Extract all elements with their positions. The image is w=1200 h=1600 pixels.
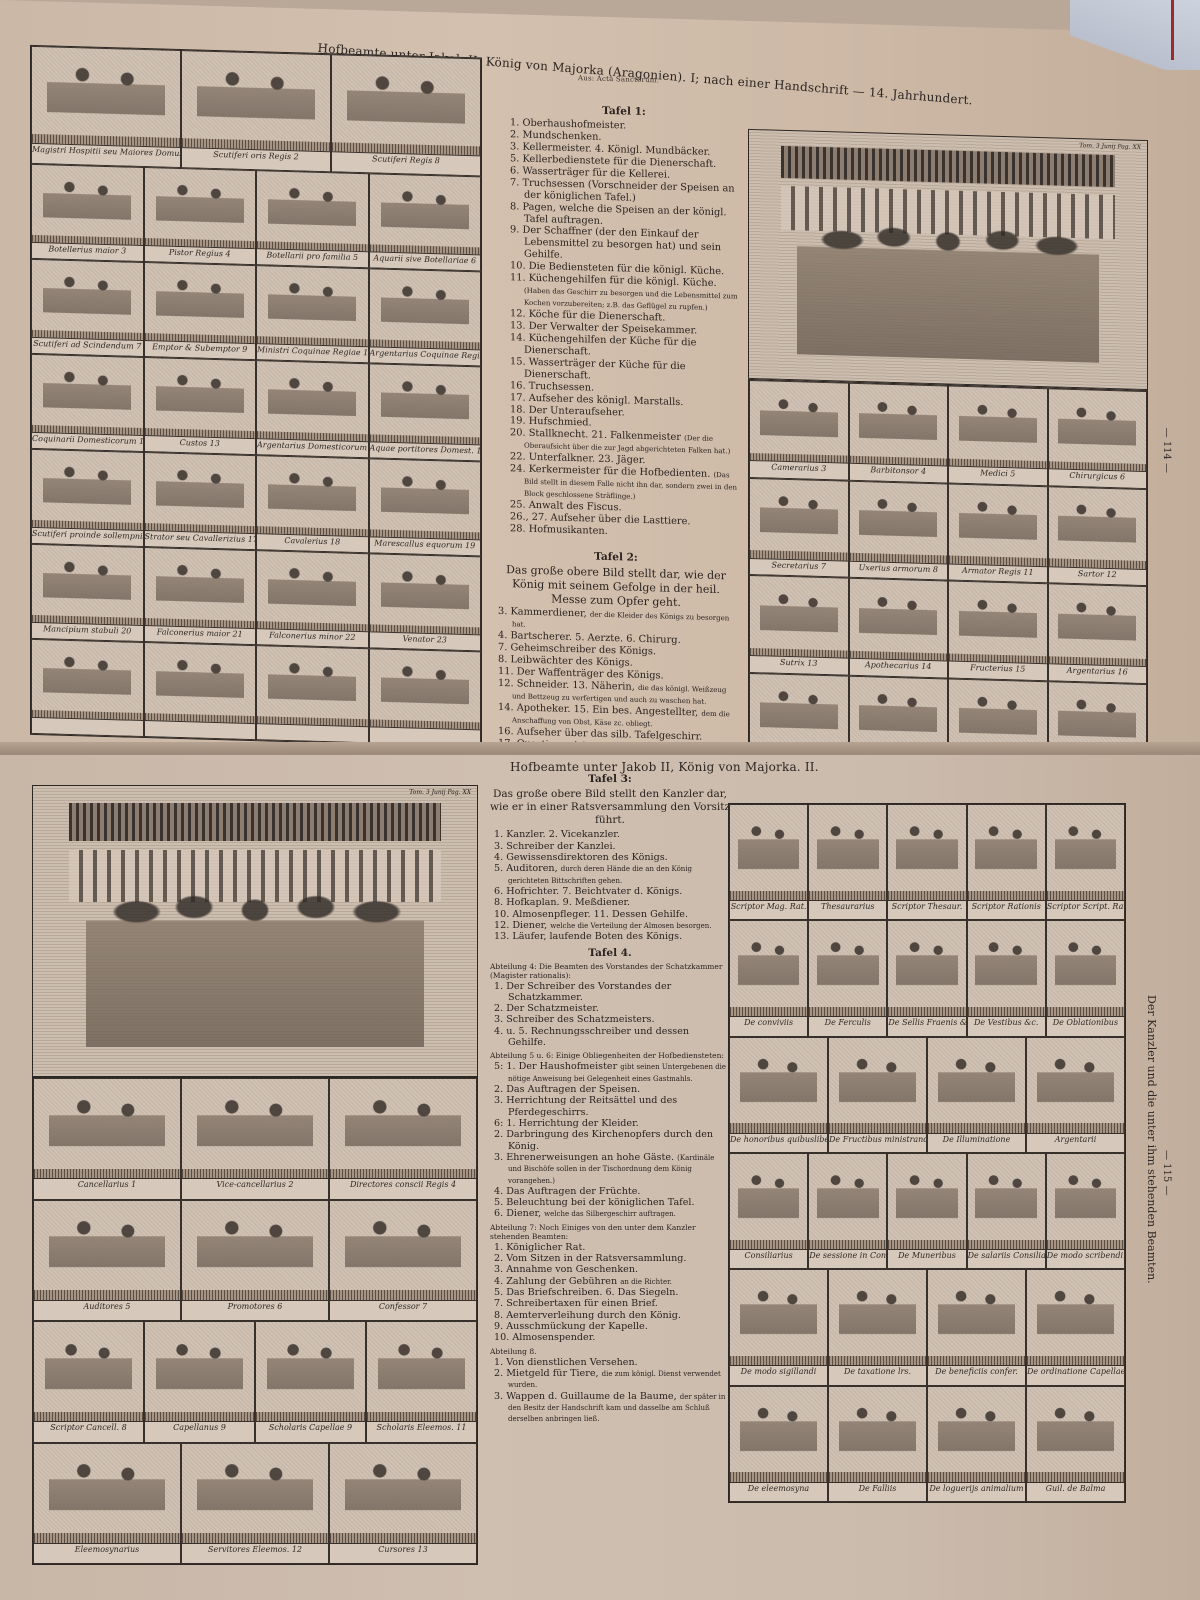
engraved-floor — [182, 1169, 328, 1179]
engraved-floor — [182, 1290, 328, 1300]
panel-caption: Barbitonsor 4 — [850, 463, 948, 482]
item-number: 16. — [510, 380, 526, 391]
panel-caption: De ordinatione Capellae — [1027, 1365, 1124, 1384]
item-number: 2. — [494, 1253, 503, 1264]
engraved-floor — [809, 1240, 886, 1249]
lower-side-title: Der Kanzler und die unter ihm stehenden … — [1145, 995, 1158, 1284]
engraving-panel: Argentarius 16 — [1048, 583, 1148, 683]
engraved-figures — [1058, 592, 1136, 659]
engraved-figures — [197, 1210, 314, 1291]
engraved-figures — [1055, 814, 1117, 892]
tafel3-tafel4-text: Tafel 3:Das große obere Bild stellt den … — [490, 769, 730, 1424]
engraving-panel: Scutiferi oris Regis 2 — [181, 50, 331, 172]
plate-right-upper-scene: Tom. 3 Junij Pag. XX — [748, 129, 1148, 390]
item-number: 16. — [498, 726, 514, 737]
engraved-figures — [381, 562, 469, 628]
engraved-figures — [1058, 495, 1136, 562]
engraved-floor — [367, 1412, 476, 1422]
item-text: Wasserträger der Küche für die Dienersch… — [524, 357, 686, 382]
engraving-panel: Falconerius maior 21 — [144, 547, 257, 645]
engraved-floor — [1047, 891, 1124, 900]
engraving-panel: Capellanus 9 — [144, 1321, 255, 1443]
engraved-figures — [345, 1453, 462, 1534]
item-number: 2. — [494, 1084, 503, 1095]
engraved-floor — [145, 1412, 254, 1422]
engraving-panel: De Muneribus — [887, 1153, 966, 1269]
panel-caption: Promotores 6 — [182, 1300, 328, 1320]
legend-item: 5. Auditoren, durch deren Hände die an d… — [490, 863, 730, 886]
engraving-panel — [31, 639, 144, 737]
engraving-panel: Secretarius 7 — [749, 477, 849, 577]
engraved-floor — [256, 1412, 365, 1422]
panel-caption: Armator Regis 11 — [949, 563, 1047, 582]
item-number: 6. — [494, 886, 503, 897]
panel-caption — [145, 720, 256, 739]
item-text: Diener, — [506, 1208, 541, 1219]
panel-caption: De beneficiis confer. — [928, 1365, 1025, 1384]
upper-page: Hofbeamte unter Jakob II, König von Majo… — [0, 0, 1200, 794]
engraving-panel: Fructerius 15 — [948, 580, 1048, 680]
item-number: 1. — [510, 117, 519, 128]
legend-item: 4. Zahlung der Gebühren an die Richter. — [490, 1276, 730, 1287]
item-number: 7. — [498, 642, 507, 653]
engraved-floor — [968, 891, 1045, 900]
panel-caption: De conviviis — [730, 1016, 807, 1035]
abteilung-7-heading: Abteilung 7: Noch Einiges von den unter … — [490, 1223, 730, 1241]
engraved-floor — [1047, 1240, 1124, 1249]
item-text: Das Briefschreiben. 6. Das Siegeln. — [506, 1287, 678, 1298]
item-text: Schreiber des Schatzmeisters. — [506, 1014, 654, 1025]
item-text: Diener, — [512, 920, 547, 931]
item-number: 5. — [510, 153, 519, 164]
panel-caption: Mancipium stabuli 20 — [32, 622, 143, 641]
engraved-floor — [928, 1356, 1025, 1365]
engraving-panel: Auditores 5 — [33, 1200, 181, 1322]
engraving-panel: Strator seu Cavallerizius 17 — [144, 452, 257, 550]
panel-caption: Apothecarius 14 — [850, 658, 948, 677]
engraved-figures — [156, 271, 244, 337]
engraving-panel: De modo sigillandi — [729, 1269, 828, 1385]
item-number: 4. — [494, 852, 503, 863]
engraved-figures — [1037, 1047, 1115, 1125]
engraved-figures — [760, 584, 838, 651]
panel-caption — [257, 723, 368, 742]
panel-caption: Custos 13 — [145, 435, 256, 454]
item-number: 3. — [494, 1152, 503, 1163]
engraved-floor — [182, 1533, 328, 1543]
panel-caption: Scriptor Cancell. 8 — [34, 1421, 143, 1441]
engraving-panel: De honoribus quibuslibet ut convenit exh… — [729, 1037, 828, 1153]
engraving-panel: Directores conscii Regis 4 — [329, 1078, 477, 1200]
engraved-floor — [928, 1472, 1025, 1481]
engraving-panel: Coquinarii Domesticorum 12 — [31, 354, 144, 452]
engraving-panel: Scholaris Capellae 9 — [255, 1321, 366, 1443]
engraved-figures — [345, 1210, 462, 1291]
engraved-figures — [760, 681, 838, 748]
legend-item: 3. Wappen d. Guillaume de la Baume, der … — [490, 1391, 730, 1425]
item-text: Zahlung der Gebühren — [506, 1276, 617, 1287]
engraved-figures — [1055, 1163, 1117, 1241]
engraved-figures — [896, 814, 958, 892]
engraving-panel: Sutrix 13 — [749, 575, 849, 675]
panel-caption: De honoribus quibuslibet ut convenit exh… — [730, 1133, 827, 1152]
engraved-floor — [829, 1356, 926, 1365]
item-text: Ausschmückung der Kapelle. — [506, 1321, 648, 1332]
panel-caption: De sessione in Consilio — [809, 1249, 886, 1268]
panel-caption: Emptor & Subemptor 9 — [145, 340, 256, 359]
item-number: 13. — [510, 320, 526, 331]
panel-caption: De modo sigillandi — [730, 1365, 827, 1384]
legend-item: 5. Beleuchtung bei der königlichen Tafel… — [490, 1197, 730, 1208]
panel-caption: Scutiferi Regis 8 — [332, 152, 480, 176]
panel-caption: Auditores 5 — [34, 1300, 180, 1320]
engraved-figures — [381, 467, 469, 533]
engraving-panel: Ministri Coquinae Regiae 11 — [256, 265, 369, 363]
engraving-panel: De Oblationibus — [1046, 920, 1125, 1036]
engraving-panel: Magistri Hospitii seu Maiores Domus 1 — [31, 46, 181, 168]
panel-caption: Venator 23 — [370, 632, 481, 651]
item-text: Aemterverleihung durch den König. — [506, 1310, 681, 1321]
item-note: an die Richter. — [620, 1278, 672, 1286]
panel-caption: De eleemosyna — [730, 1482, 827, 1501]
engraved-floor — [730, 1240, 807, 1249]
item-number: 25. — [510, 499, 526, 510]
panel-caption: Falconerius maior 21 — [145, 625, 256, 644]
item-text: Mietgeld für Tiere, — [506, 1368, 598, 1379]
item-number: 22. — [510, 451, 526, 462]
engraved-figures — [839, 1279, 917, 1357]
engraving-panel: Aquae portitores Domest. 15 — [369, 363, 482, 461]
item-number: 26., 27. — [510, 511, 547, 523]
engraved-figures — [1055, 930, 1117, 1008]
engraved-figures — [896, 1163, 958, 1241]
engraving-panel: De Vestibus &c. — [967, 920, 1046, 1036]
item-number: 3. — [494, 841, 503, 852]
legend-item: 8. Hofkaplan. 9. Meßdiener. — [490, 897, 730, 908]
engraving-panel: Barbitonsor 4 — [849, 383, 949, 483]
item-number: 7. — [510, 177, 519, 188]
engraved-figures — [43, 173, 131, 239]
panel-caption: Pistor Regius 4 — [145, 245, 256, 264]
item-number: 28. — [510, 523, 526, 534]
engraved-figures — [43, 363, 131, 429]
engraved-figures — [959, 589, 1037, 656]
item-number: 1. — [494, 829, 503, 840]
engraving-panel: Argentarius Domesticorum 14 — [256, 360, 369, 458]
item-number: 15. — [510, 356, 526, 367]
item-number: 4. — [494, 1186, 503, 1197]
engraved-figures — [381, 657, 469, 723]
engraved-figures — [975, 1163, 1037, 1241]
item-number: 3. — [494, 1264, 503, 1275]
engraving-panel: Scutiferi ad Scindendum 7 — [31, 259, 144, 357]
engraved-floor — [1027, 1472, 1124, 1481]
panel-caption: Fructerius 15 — [949, 661, 1047, 680]
engraving-panel: Cavalerius 18 — [256, 455, 369, 553]
panel-caption: Cursores 13 — [330, 1543, 476, 1563]
engraving-panel: De beneficiis confer. — [927, 1269, 1026, 1385]
engraved-figures — [156, 366, 244, 432]
legend-item: 8. Aemterverleihung durch den König. — [490, 1310, 730, 1321]
item-number: 2. — [494, 1129, 503, 1140]
abteilung-8-heading: Abteilung 8. — [490, 1347, 730, 1356]
item-number: 3. — [510, 141, 519, 152]
engraved-figures — [817, 814, 879, 892]
engraved-figures — [975, 930, 1037, 1008]
engraved-figures — [378, 1332, 465, 1413]
item-text: Ehrenerweisungen an hohe Gäste. — [506, 1152, 674, 1163]
item-number: 1. — [494, 981, 503, 992]
engraving-panel: Scutiferi Regis 8 — [331, 54, 481, 176]
item-note: welche die Verteilung der Almosen besorg… — [550, 922, 711, 930]
panel-caption: Uxerius armorum 8 — [850, 560, 948, 579]
engraved-figures — [347, 65, 465, 147]
legend-item: 6. Hofrichter. 7. Beichtvater d. Königs. — [490, 886, 730, 897]
item-number: 9. — [510, 225, 519, 236]
item-number: 2. — [494, 1368, 503, 1379]
panel-caption: Scutiferi ad Scindendum 7 — [32, 337, 143, 356]
item-number: 8. — [510, 201, 519, 212]
item-number: 5. — [494, 1287, 503, 1298]
panel-caption: Scriptor Thesaur. — [888, 900, 965, 919]
item-number: 11. — [498, 666, 514, 677]
engraved-figures — [839, 1396, 917, 1474]
engraved-figures — [959, 394, 1037, 461]
abteilung-5-6-heading: Abteilung 5 u. 6: Einige Obliegenheiten … — [490, 1051, 730, 1060]
panel-caption: Coquinarii Domesticorum 12 — [32, 432, 143, 451]
item-text: Gewissensdirektoren des Königs. — [506, 852, 668, 863]
item-number: 1. — [494, 1357, 503, 1368]
item-number: 2. — [494, 1003, 503, 1014]
item-number: 5. — [494, 863, 503, 874]
engraved-floor — [1047, 1007, 1124, 1016]
engraving-panel: Medici 5 — [948, 385, 1048, 485]
item-number: 6. — [510, 165, 519, 176]
item-text: Hofrichter. 7. Beichtvater d. Königs. — [506, 886, 682, 897]
council-roof — [69, 803, 442, 841]
panel-caption: Consiliarius — [730, 1249, 807, 1268]
item-number: 12. — [494, 920, 509, 931]
engraving-panel: Cursores 13 — [329, 1443, 477, 1565]
panel-caption: Vice-cancellarius 2 — [182, 1178, 328, 1198]
engraved-floor — [730, 1007, 807, 1016]
panel-caption: Scholaris Capellae 9 — [256, 1421, 365, 1441]
engraving-panel: Scriptor Thesaur. — [887, 804, 966, 920]
panel-caption: Argentarius Coquinae Regis 10 — [370, 347, 481, 366]
item-number: 3. — [494, 1014, 503, 1025]
engraving-panel — [369, 648, 482, 746]
engraving-panel: De Sellis Fraenis &c. — [887, 920, 966, 1036]
item-number: 17. — [510, 392, 526, 403]
legend-item: 1. Königlicher Rat. — [490, 1242, 730, 1253]
engraved-floor — [730, 891, 807, 900]
upper-page-number: — 114 — — [1161, 427, 1172, 473]
plate-right-upper-grid: Camerarius 3Barbitonsor 4Medici 5Chirurg… — [748, 379, 1148, 782]
engraved-figures — [740, 1279, 818, 1357]
item-number: 8. — [494, 1310, 503, 1321]
panel-caption: De modo scribendi literas ad diversas pe… — [1047, 1249, 1124, 1268]
engraved-floor — [34, 1169, 180, 1179]
engraved-figures — [381, 372, 469, 438]
scene-reference: Tom. 3 Junij Pag. XX — [409, 789, 471, 796]
item-text: Beleuchtung bei der königlichen Tafel. — [506, 1197, 694, 1208]
legend-item: 6: 1. Herrichtung der Kleider. — [490, 1118, 730, 1129]
engraving-panel: Uxerius armorum 8 — [849, 480, 949, 580]
engraving-panel: Armator Regis 11 — [948, 483, 1048, 583]
legend-item: 1. Der Schreiber des Vorstandes der Scha… — [490, 981, 730, 1004]
item-text: Annahme von Geschenken. — [506, 1264, 638, 1275]
engraving-panel: Emptor & Subemptor 9 — [144, 262, 257, 360]
item-number: 6: 1. — [494, 1118, 516, 1129]
tafel3-intro: Das große obere Bild stellt den Kanzler … — [490, 788, 730, 827]
panel-caption: Sartor 12 — [1049, 566, 1147, 585]
engraving-panel: Venator 23 — [369, 553, 482, 651]
item-number: 10. — [494, 909, 509, 920]
legend-item: 4. Gewissensdirektoren des Königs. — [490, 852, 730, 863]
item-number: 10. — [494, 1332, 509, 1343]
legend-item: 2. Das Auftragen der Speisen. — [490, 1084, 730, 1095]
item-number: 4. — [494, 1276, 503, 1287]
engraved-figures — [738, 1163, 800, 1241]
engraved-figures — [859, 587, 937, 654]
engraved-figures — [267, 1332, 354, 1413]
panel-caption: Magistri Hospitii seu Maiores Domus 1 — [32, 143, 180, 167]
item-number: 8. — [498, 654, 507, 665]
panel-caption: Scutiferi proinde sollempnis 16 — [32, 527, 143, 546]
item-number: 5. — [494, 1197, 503, 1208]
upper-page-source: Aus: Acta Sanctorum. — [578, 74, 659, 84]
engraved-floor — [888, 1007, 965, 1016]
panel-caption: Aquarii sive Botellariae 6 — [370, 252, 481, 271]
panel-caption: De Sellis Fraenis &c. — [888, 1016, 965, 1035]
engraving-panel: Eleemosynarius — [33, 1443, 181, 1565]
engraved-figures — [740, 1047, 818, 1125]
item-note: (Haben das Geschirr zu besorgen und die … — [524, 287, 738, 312]
tafel3-title: Tafel 3: — [490, 773, 730, 785]
item-text: Der Haushofmeister — [519, 1061, 618, 1072]
engraving-panel: Botellarii pro familia 5 — [256, 170, 369, 268]
engraving-panel: De taxatione lrs. — [828, 1269, 927, 1385]
engraving-panel: De loguerijs animalium — [927, 1386, 1026, 1502]
engraving-panel: De modo scribendi literas ad diversas pe… — [1046, 1153, 1125, 1269]
item-number: 4. — [498, 630, 507, 641]
engraved-floor — [809, 1007, 886, 1016]
engraved-figures — [156, 556, 244, 622]
item-number: 2. — [510, 129, 519, 140]
engraved-figures — [43, 458, 131, 524]
item-text: Herrichtung der Reitsättel und des Pferd… — [506, 1095, 677, 1117]
item-text: Mundschenken. — [522, 130, 601, 143]
panel-caption: De taxatione lrs. — [829, 1365, 926, 1384]
item-text: Küchengehilfen der Küche für die Dieners… — [524, 333, 696, 358]
legend-item: 2. Mietgeld für Tiere, die zum königl. D… — [490, 1368, 730, 1391]
engraved-figures — [740, 1396, 818, 1474]
panel-caption: Guil. de Balma — [1027, 1482, 1124, 1501]
panel-caption: Confessor 7 — [330, 1300, 476, 1320]
item-number: 19. — [510, 416, 526, 427]
engraving-panel: De Falliis — [828, 1386, 927, 1502]
engraved-figures — [975, 814, 1037, 892]
engraved-figures — [938, 1396, 1016, 1474]
item-text: Der Schaffner (der den Einkauf der Leben… — [522, 225, 721, 261]
item-number: 14. — [510, 332, 526, 343]
legend-item: 3. Schreiber der Kanzlei. — [490, 841, 730, 852]
panel-caption: Eleemosynarius — [34, 1543, 180, 1563]
engraving-panel: De Fructibus ministrandis in mensa — [828, 1037, 927, 1153]
engraving-panel: Aquarii sive Botellariae 6 — [369, 173, 482, 271]
engraved-floor — [809, 891, 886, 900]
item-number: 5: 1. — [494, 1061, 516, 1072]
legend-item: 5. Das Briefschreiben. 6. Das Siegeln. — [490, 1287, 730, 1298]
item-text: Der Schatzmeister. — [506, 1003, 599, 1014]
item-text: Der Schreiber des Vorstandes der Schatzk… — [506, 981, 671, 1003]
panel-caption: Marescallus equorum 19 — [370, 537, 481, 556]
item-number: 3. — [498, 606, 507, 617]
item-number: 9. — [494, 1321, 503, 1332]
item-number: 18. — [510, 404, 526, 415]
panel-caption: De Vestibus &c. — [968, 1016, 1045, 1035]
engraved-figures — [43, 268, 131, 334]
item-text: Schreiber der Kanzlei. — [506, 841, 615, 852]
engraved-figures — [268, 654, 356, 720]
engraved-figures — [49, 1089, 166, 1170]
engraving-panel: Custos 13 — [144, 357, 257, 455]
item-text: Almosenspender. — [512, 1332, 595, 1343]
panel-caption: Aquae portitores Domest. 15 — [370, 442, 481, 461]
background-corner — [1070, 0, 1200, 70]
engraving-panel: Camerarius 3 — [749, 380, 849, 480]
engraving-panel: Pistor Regius 4 — [144, 167, 257, 265]
panel-caption: Argentarius 16 — [1049, 664, 1147, 683]
engraving-panel: De sessione in Consilio — [808, 1153, 887, 1269]
panel-caption: Directores conscii Regis 4 — [330, 1178, 476, 1198]
engraving-panel: De conviviis — [729, 920, 808, 1036]
engraved-figures — [839, 1047, 917, 1125]
engraved-floor — [730, 1356, 827, 1365]
item-text: Kammerdiener, — [510, 607, 586, 620]
engraving-panel: Falconerius minor 22 — [256, 550, 369, 648]
engraved-figures — [817, 1163, 879, 1241]
engraved-figures — [197, 1089, 314, 1170]
engraved-figures — [197, 61, 315, 143]
engraved-figures — [345, 1089, 462, 1170]
panel-caption: Strator seu Cavallerizius 17 — [145, 530, 256, 549]
panel-caption: De Ferculis — [809, 1016, 886, 1035]
item-text: Vom Sitzen in der Ratsversammlung. — [506, 1253, 686, 1264]
scene-reference: Tom. 3 Junij Pag. XX — [1079, 142, 1141, 151]
item-text: Hofmusikanten. — [529, 524, 608, 537]
item-number: 7. — [494, 1298, 503, 1309]
engraving-panel: Botellerius maior 3 — [31, 164, 144, 262]
building-roof — [781, 146, 1115, 188]
legend-item: 7. Schreibertaxen für einen Brief. — [490, 1298, 730, 1309]
plate-left-lower-scene: Tom. 3 Junij Pag. XX — [32, 785, 478, 1077]
panel-caption — [32, 717, 143, 736]
engraving-panel: Marescallus equorum 19 — [369, 458, 482, 556]
legend-item: 4. u. 5. Rechnungsschreiber und dessen G… — [490, 1026, 730, 1049]
engraved-figures — [760, 486, 838, 553]
item-text: Königlicher Rat. — [506, 1242, 585, 1253]
item-text: Herrichtung der Kleider. — [519, 1118, 639, 1129]
legend-item: 1. Von dienstlichen Versehen. — [490, 1357, 730, 1368]
panel-caption: Botellarii pro familia 5 — [257, 248, 368, 267]
engraved-floor — [928, 1123, 1025, 1132]
engraved-figures — [49, 1210, 166, 1291]
item-text: Hofkaplan. 9. Meßdiener. — [506, 897, 630, 908]
engraved-figures — [938, 1047, 1016, 1125]
plate-left-lower-grid: Cancellarius 1Vice-cancellarius 2Directo… — [32, 1077, 478, 1565]
engraving-panel: Sartor 12 — [1048, 486, 1148, 586]
